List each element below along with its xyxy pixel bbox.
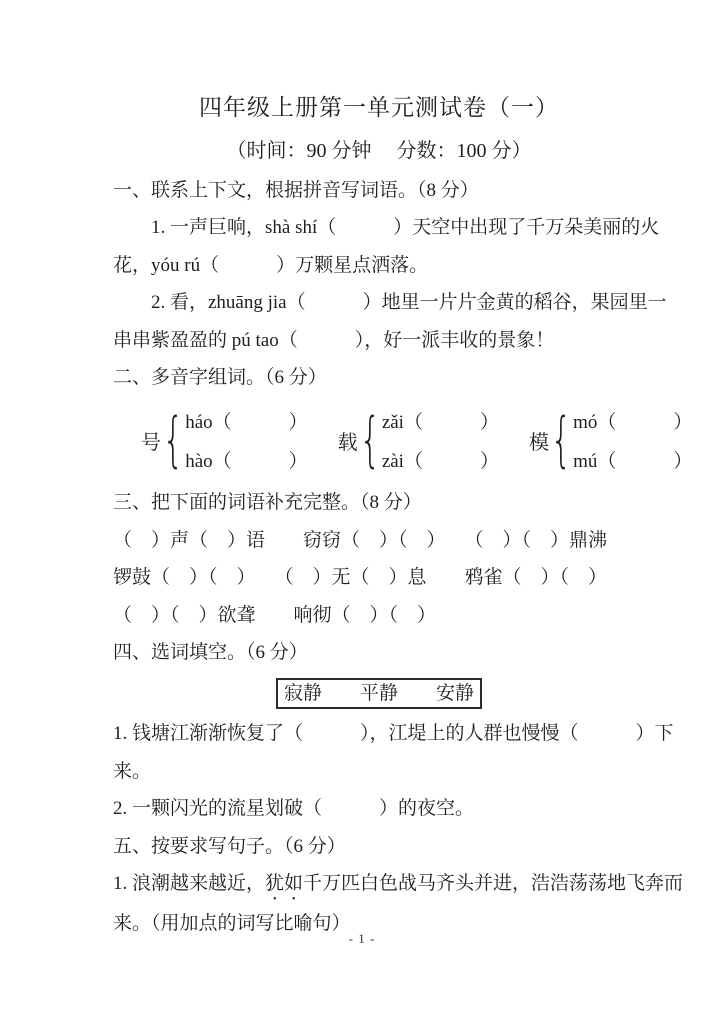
pinyin-blank: zài（ ） xyxy=(382,446,499,473)
page-subtitle: （时间：90 分钟 分数：100 分） xyxy=(113,130,645,172)
polyphone-group-mo: 模 { mó（ ） mú（ ） xyxy=(529,407,692,473)
s1-item2-line1: 2. 看，zhuāng jia（ ）地里一片片金黄的稻谷，果园里一 xyxy=(113,284,645,321)
pinyin-blank: mó（ ） xyxy=(573,407,692,434)
polyphone-char: 号 xyxy=(141,426,161,455)
section-5-heading: 五、按要求写句子。（6 分） xyxy=(113,828,645,865)
pinyin-blank: hào（ ） xyxy=(185,446,307,473)
word-completion-row: （ ）（ ）欲聋 响彻（ ）（ ） xyxy=(113,597,645,634)
s1-item1-line1: 1. 一声巨响，shà shí（ ）天空中出现了千万朵美丽的火 xyxy=(113,209,645,246)
section-4-heading: 四、选词填空。（6 分） xyxy=(113,634,645,671)
s4-item1-line1: 1. 钱塘江渐渐恢复了（ ），江堤上的人群也慢慢（ ）下 xyxy=(113,715,645,752)
s4-item1-line2: 来。 xyxy=(113,753,645,790)
section-1-heading: 一、联系上下文，根据拼音写词语。（8 分） xyxy=(113,172,645,209)
s1-item1-line2: 花，yóu rú（ ）万颗星点洒落。 xyxy=(113,247,645,284)
brace-icon: { xyxy=(359,411,380,469)
pinyin-blank: mú（ ） xyxy=(573,446,692,473)
s1-item2-line2: 串串紫盈盈的 pú tao（ ），好一派丰收的景象！ xyxy=(113,322,645,359)
page-title: 四年级上册第一单元测试卷（一） xyxy=(113,86,645,130)
section-3-heading: 三、把下面的词语补充完整。（8 分） xyxy=(113,484,645,521)
pinyin-blank: zǎi（ ） xyxy=(382,407,499,434)
polyphone-row: 号 { háo（ ） hào（ ） 载 { zǎi（ ） zài（ ） 模 { xyxy=(113,396,645,484)
word-completion-row: 锣鼓（ ）（ ） （ ）无（ ）息 鸦雀（ ）（ ） xyxy=(113,559,645,596)
section-2-heading: 二、多音字组词。（6 分） xyxy=(113,359,645,396)
paper-content: 四年级上册第一单元测试卷（一） （时间：90 分钟 分数：100 分） 一、联系… xyxy=(113,86,645,943)
word-bank-box: 寂静 平静 安静 xyxy=(276,678,482,709)
page-number: - 1 - xyxy=(0,931,724,947)
sentence-suffix: 千万匹白色战马齐头并进，浩浩荡荡地飞奔而 xyxy=(303,873,683,894)
polyphone-readings: zǎi（ ） zài（ ） xyxy=(382,407,499,473)
polyphone-readings: háo（ ） hào（ ） xyxy=(185,407,307,473)
emphasized-word: 犹如 xyxy=(265,873,303,894)
polyphone-readings: mó（ ） mú（ ） xyxy=(573,407,692,473)
sentence-prefix: 1. 浪潮越来越近， xyxy=(113,873,265,894)
brace-icon: { xyxy=(163,411,184,469)
polyphone-group-hao: 号 { háo（ ） hào（ ） xyxy=(141,407,308,473)
polyphone-char: 模 xyxy=(529,426,549,455)
test-paper-page: 四年级上册第一单元测试卷（一） （时间：90 分钟 分数：100 分） 一、联系… xyxy=(0,0,724,1024)
polyphone-char: 载 xyxy=(338,426,358,455)
word-bank-row: 寂静 平静 安静 xyxy=(113,671,645,715)
s4-item2-line1: 2. 一颗闪光的流星划破（ ）的夜空。 xyxy=(113,790,645,827)
brace-icon: { xyxy=(551,411,572,469)
s5-item1-line1: 1. 浪潮越来越近，犹如千万匹白色战马齐头并进，浩浩荡荡地飞奔而 xyxy=(113,865,645,905)
pinyin-blank: háo（ ） xyxy=(185,407,307,434)
word-completion-row: （ ）声（ ）语 窃窃（ ）（ ） （ ）（ ）鼎沸 xyxy=(113,522,645,559)
polyphone-group-zai: 载 { zǎi（ ） zài（ ） xyxy=(338,407,499,473)
